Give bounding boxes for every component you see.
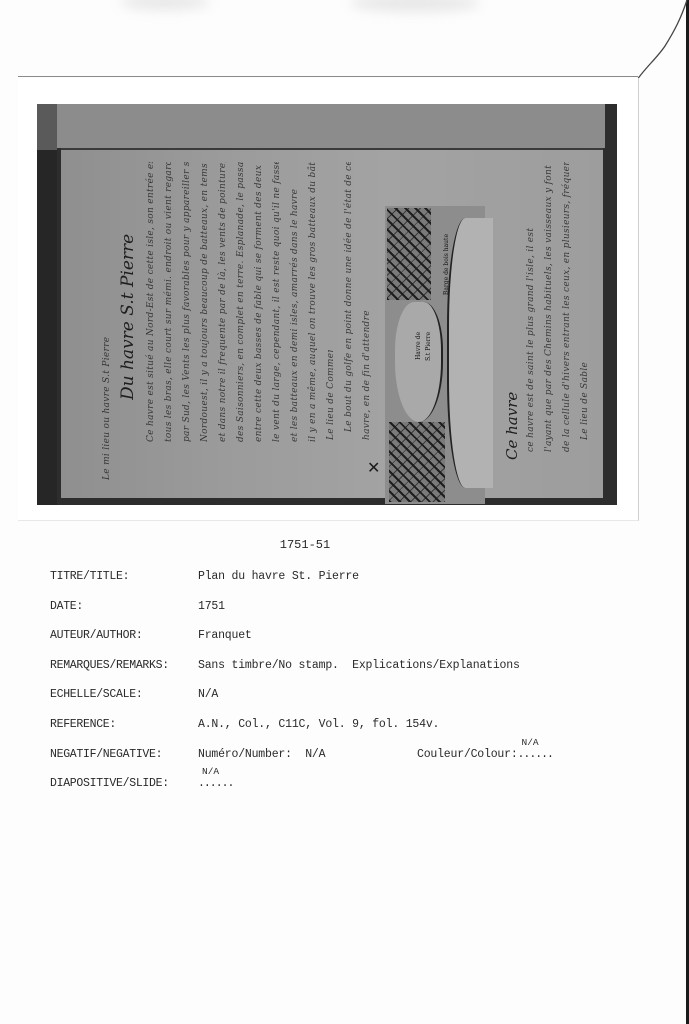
field-value: Plan du havre St. Pierre — [198, 570, 359, 583]
field-label: DIAPOSITIVE/SLIDE: — [50, 777, 169, 790]
manuscript-line: le vent du large, cependant, il est rest… — [269, 162, 286, 442]
x-mark-icon: ✕ — [367, 458, 380, 477]
right-line: Le lieu de Sable — [577, 350, 594, 440]
field-label: REFERENCE: — [50, 718, 116, 731]
right-line: l'ayant que par des Chemins habituels, l… — [541, 162, 558, 452]
field-label: TITRE/TITLE: — [50, 570, 129, 583]
manuscript-line: havre, en de fin d'attendre — [359, 300, 376, 440]
right-line: de la cellule d'hivers entrant les ceux,… — [559, 162, 576, 452]
manuscript-line: des Saisonniers, en complet en terre. Es… — [233, 162, 250, 442]
manuscript-page: Le mi lieu ou havre S.t Pierre Du havre … — [61, 148, 603, 498]
field-label: AUTEUR/AUTHOR: — [50, 629, 142, 642]
manuscript-line: et les batteaux en demi isles, amarrés d… — [287, 162, 304, 442]
colour-value: N/A — [522, 737, 539, 748]
binding-edge — [37, 104, 57, 505]
right-heading: Ce havre — [501, 380, 523, 460]
slide-dots: N/A...... — [198, 777, 233, 790]
manuscript-line: Le lieu de Commerce — [323, 350, 340, 440]
manuscript-line: et dans notre il frequente par de là, le… — [215, 162, 232, 442]
scan-smudge — [120, 0, 210, 10]
hatched-shoal-bottom — [389, 422, 445, 502]
manuscript-line: Le bout du golfe en point donne une idée… — [341, 162, 358, 432]
field-value: 1751 — [198, 600, 225, 613]
slide-value: N/A — [202, 766, 219, 777]
manuscript-line: Ce havre est situé au Nord-Est de cette … — [143, 162, 160, 442]
field-value: A.N., Col., C11C, Vol. 9, fol. 154v. — [198, 718, 439, 731]
colour-label: Couleur/Colour: — [417, 748, 518, 761]
sketch-label: S.t Pierre — [425, 332, 432, 361]
sketch-label: Havre de — [415, 332, 422, 360]
hatched-shoal-top — [387, 208, 431, 300]
manuscript-line: Nordouest, il y a toujours beaucoup de b… — [197, 162, 214, 442]
field-label: REMARQUES/REMARKS: — [50, 659, 169, 672]
page-top-margin — [57, 104, 605, 148]
margin-note: Le mi lieu ou havre S.t Pierre — [99, 270, 116, 480]
reference-number: 1751-51 — [0, 538, 610, 552]
manuscript-heading: Du havre S.t Pierre — [117, 220, 139, 400]
field-value: Numéro/Number: N/A — [198, 748, 325, 761]
field-value: Sans timbre/No stamp. Explications/Expla… — [198, 659, 520, 672]
scan-smudge — [350, 0, 480, 12]
colour-dots: N/A...... — [518, 748, 553, 761]
sketch-label: Barge de bois haute — [443, 234, 450, 295]
field-label: DATE: — [50, 600, 83, 613]
field-value: N/A — [198, 688, 218, 701]
manuscript-line: entre cette deux basses de fable qui se … — [251, 162, 268, 442]
manuscript-line: tous les bras, elle court sur mémi. endr… — [161, 162, 178, 442]
manuscript-photograph: Le mi lieu ou havre S.t Pierre Du havre … — [37, 104, 617, 505]
field-value: Franquet — [198, 629, 252, 642]
harbour-basin — [395, 302, 443, 422]
colour-field: Couleur/Colour:N/A...... — [417, 748, 553, 761]
manuscript-line: il y en a même, auquel on trouve les gro… — [305, 162, 322, 442]
harbour-land — [447, 218, 493, 488]
slide-field: N/A...... — [198, 777, 233, 790]
manuscript-line: par Sud, les Vents les plus favorables p… — [179, 162, 196, 442]
right-line: ce havre est de saint le plus grand l'is… — [523, 162, 540, 452]
field-label: ECHELLE/SCALE: — [50, 688, 142, 701]
harbour-sketch: Havre de S.t Pierre Barge de bois haute — [385, 206, 485, 504]
field-label: NEGATIF/NEGATIVE: — [50, 748, 162, 761]
card-top-rule — [18, 76, 638, 77]
